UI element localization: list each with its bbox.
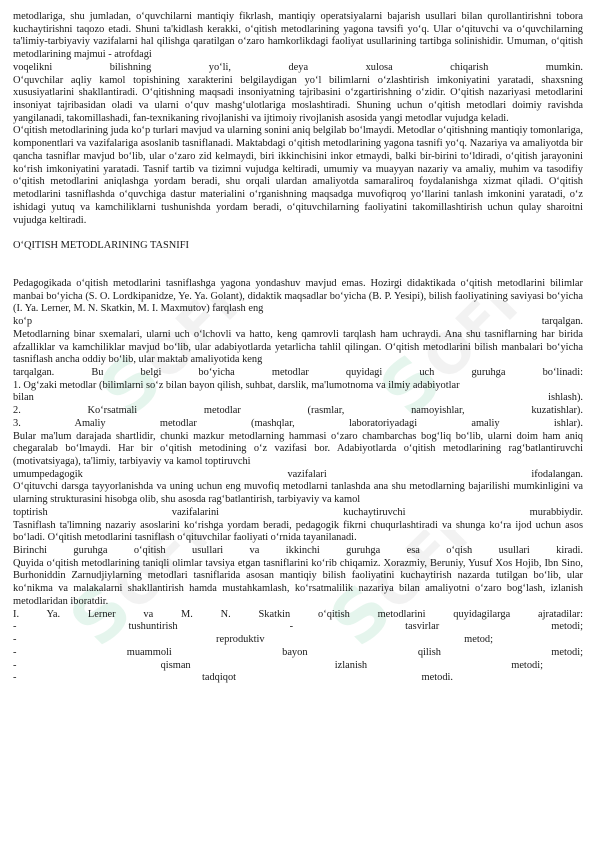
- paragraph-4-spread: ko‘p tarqalgan.: [13, 316, 583, 329]
- paragraph-7: O‘qituvchi darsga tayyorlanishda va unin…: [13, 481, 583, 506]
- method-item: - muammoli bayon qilish metodi;: [13, 647, 583, 660]
- method-item: - qisman izlanish metodi;: [13, 660, 583, 673]
- list-group-3: 3. Amaliy metodlar (mashqlar, laboratori…: [13, 418, 583, 431]
- intro-paragraph: metodlariga, shu jumladan, o‘quvchilarni…: [13, 11, 583, 62]
- document-page: metodlariga, shu jumladan, o‘quvchilarni…: [13, 11, 583, 685]
- intro-spread-line: voqelikni bilishning yo‘li, deya xulosa …: [13, 62, 583, 75]
- paragraph-6: Bular ma'lum darajada shartlidir, chunki…: [13, 431, 583, 469]
- method-item: - reproduktiv metod;: [13, 634, 583, 647]
- list-group-1-spread: bilan ishlash).: [13, 392, 583, 405]
- list-group-1: 1. Og‘zaki metodlar (bilimlarni so‘z bil…: [13, 380, 583, 393]
- paragraph-4: Pedagogikada o‘qitish metodlarini tasnif…: [13, 278, 583, 316]
- paragraph-8: Tasniflash ta'limning nazariy asoslarini…: [13, 520, 583, 545]
- lerner-intro: I. Ya. Lerner va M. N. Skatkin o‘qitish …: [13, 609, 583, 622]
- paragraph-5: Metodlarning binar sxemalari, ularni uch…: [13, 329, 583, 367]
- paragraph-9: Quyida o‘qitish metodlarining taniqli ol…: [13, 558, 583, 609]
- paragraph-5-spread: tarqalgan. Bu belgi bo‘yicha metodlar qu…: [13, 367, 583, 380]
- method-item: - tushuntirish - tasvirlar metodi;: [13, 621, 583, 634]
- paragraph-7-spread: toptirish vazifalarini kuchaytiruvchi mu…: [13, 507, 583, 520]
- list-group-2: 2. Ko‘rsatmali metodlar (rasmlar, namoyi…: [13, 405, 583, 418]
- section-heading: O‘QITISH METODLARINING TASNIFI: [13, 240, 583, 253]
- method-item: - tadqiqot metodi.: [13, 672, 583, 685]
- paragraph-2: O‘quvchilar aqliy kamol topishining xara…: [13, 75, 583, 126]
- paragraph-6-spread: umumpedagogik vazifalari ifodalangan.: [13, 469, 583, 482]
- paragraph-8-spread: Birinchi guruhga o‘qitish usullari va ik…: [13, 545, 583, 558]
- paragraph-3: O‘qitish metodlarining juda ko‘p turlari…: [13, 125, 583, 227]
